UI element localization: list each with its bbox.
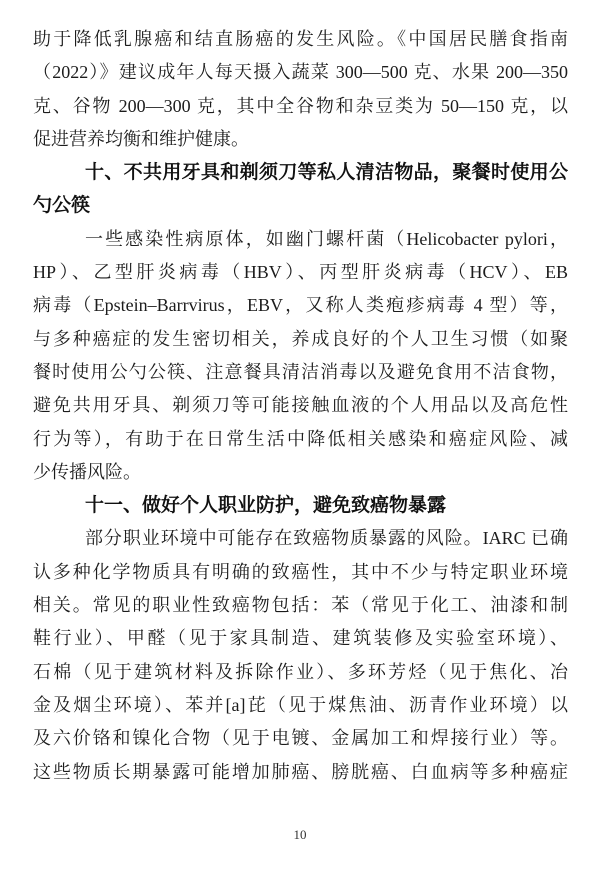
paragraph-line: 与多种癌症的发生密切相关，养成良好的个人卫生习惯（如聚 [33,323,568,356]
section-heading-10-line-2: 勺公筷 [33,189,568,222]
paragraph-line: 石棉（见于建筑材料及拆除作业）、多环芳烃（见于焦化、冶 [33,656,568,689]
paragraph-line: 部分职业环境中可能存在致癌物质暴露的风险。IARC 已确 [33,522,568,555]
paragraph-line: 病毒（Epstein–Barrvirus，EBV，又称人类疱疹病毒 4 型）等， [33,289,568,322]
paragraph-line: 及六价铬和镍化合物（见于电镀、金属加工和焊接行业）等。 [33,722,568,755]
paragraph-line: 避免共用牙具、剃须刀等可能接触血液的个人用品以及高危性 [33,389,568,422]
paragraph-line: 相关。常见的职业性致癌物包括：苯（常见于化工、油漆和制 [33,589,568,622]
paragraph-line: 金及烟尘环境）、苯并[a]芘（见于煤焦油、沥青作业环境）以 [33,689,568,722]
page-content: 助于降低乳腺癌和结直肠癌的发生风险。《中国居民膳食指南 （2022）》建议成年人… [33,23,568,789]
document-page: 助于降低乳腺癌和结直肠癌的发生风险。《中国居民膳食指南 （2022）》建议成年人… [0,0,600,870]
paragraph-line: 少传播风险。 [33,456,568,489]
paragraph-line: 这些物质长期暴露可能增加肺癌、膀胱癌、白血病等多种癌症 [33,756,568,789]
paragraph-line: 行为等），有助于在日常生活中降低相关感染和癌症风险、减 [33,423,568,456]
page-number: 10 [294,827,307,842]
paragraph-line: 克、谷物 200—300 克，其中全谷物和杂豆类为 50—150 克，以 [33,90,568,123]
paragraph-line: 认多种化学物质具有明确的致癌性，其中不少与特定职业环境 [33,556,568,589]
section-heading-11: 十一、做好个人职业防护，避免致癌物暴露 [33,489,568,522]
section-heading-10-line-1: 十、不共用牙具和剃须刀等私人清洁物品，聚餐时使用公 [33,156,568,189]
paragraph-line: 餐时使用公勺公筷、注意餐具清洁消毒以及避免食用不洁食物， [33,356,568,389]
paragraph-line: 促进营养均衡和维护健康。 [33,123,568,156]
paragraph-line: HP）、乙型肝炎病毒（HBV）、丙型肝炎病毒（HCV）、EB [33,256,568,289]
paragraph-line: 鞋行业）、甲醛（见于家具制造、建筑装修及实验室环境）、 [33,622,568,655]
paragraph-line: 助于降低乳腺癌和结直肠癌的发生风险。《中国居民膳食指南 [33,23,568,56]
paragraph-line: （2022）》建议成年人每天摄入蔬菜 300—500 克、水果 200—350 [33,56,568,89]
paragraph-line: 一些感染性病原体，如幽门螺杆菌（Helicobacter pylori， [33,223,568,256]
page-footer: 10 [0,826,600,844]
